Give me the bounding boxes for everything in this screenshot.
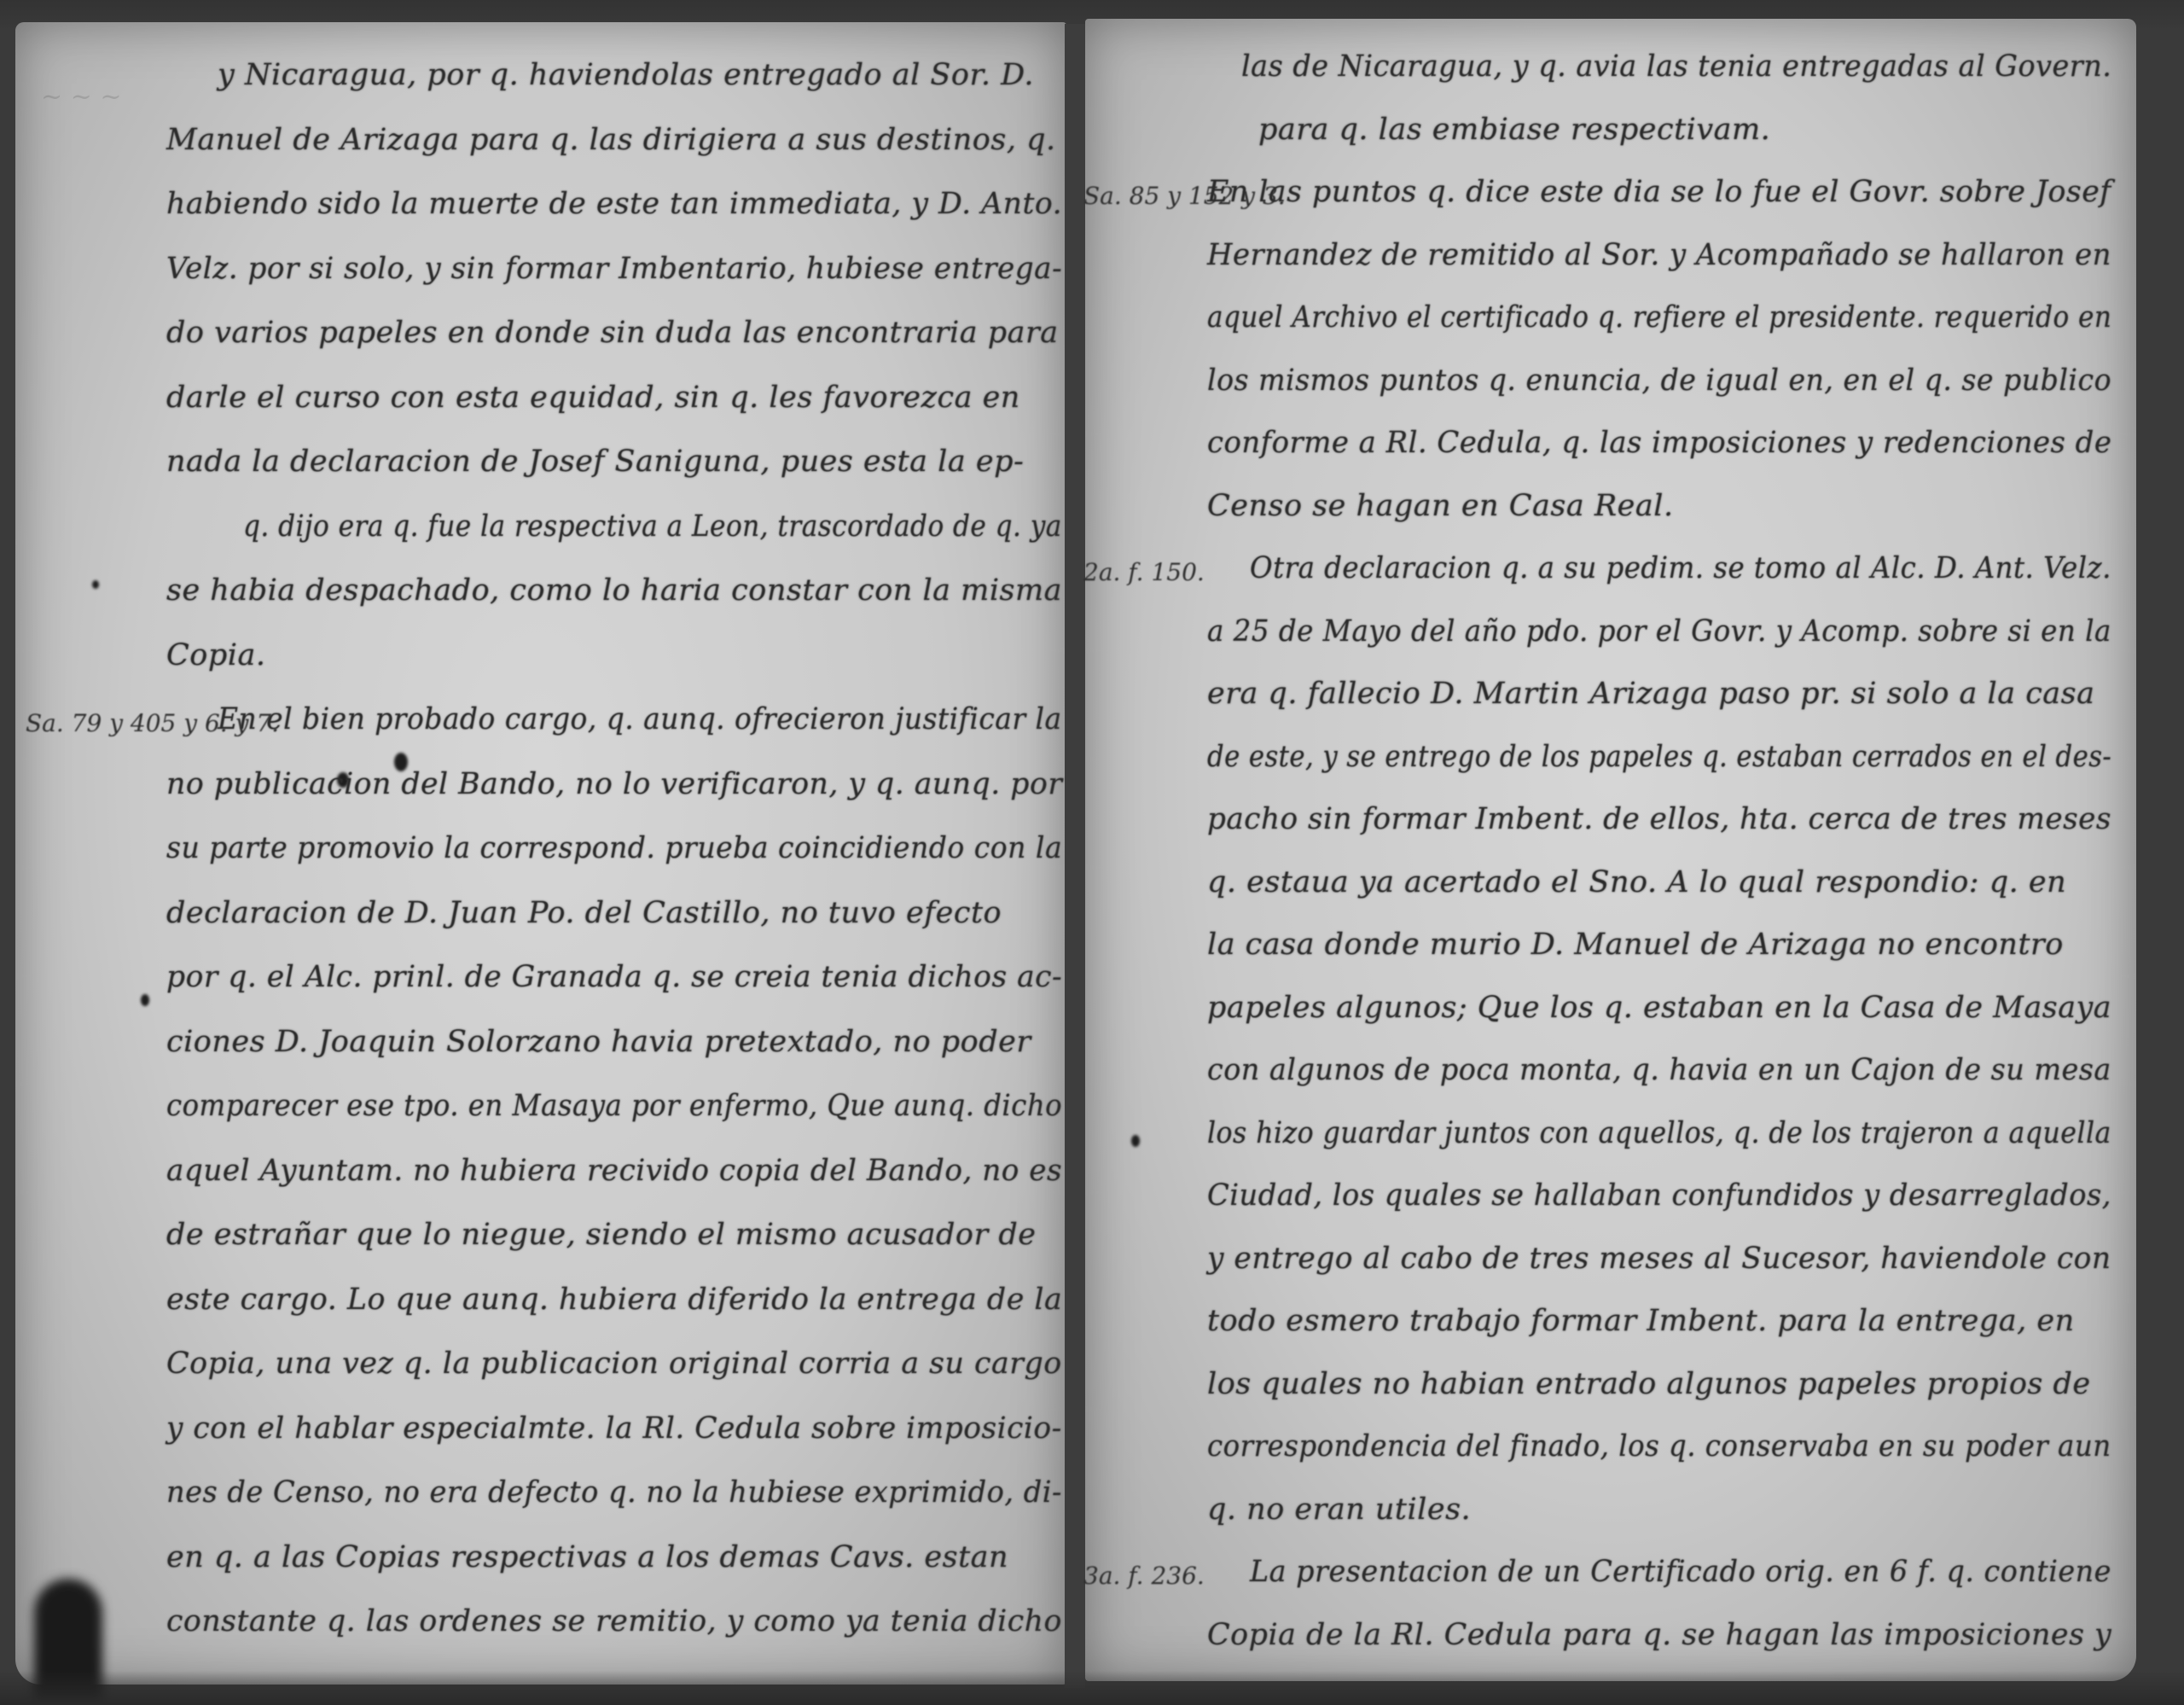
right-page-line: a 25 de Mayo del año pdo. por el Govr. y… (1207, 614, 2048, 649)
right-page-line: aquel Archivo el certificado q. refiere … (1207, 300, 2011, 335)
left-page-line: Copia, una vez q. la publicacion origina… (166, 1347, 1058, 1381)
left-page-line: comparecer ese tpo. en Masaya por enferm… (166, 1089, 995, 1123)
left-page-line: este cargo. Lo que aunq. hubiera diferid… (166, 1283, 1058, 1317)
left-page-line: constante q. las ordenes se remitio, y c… (166, 1604, 1054, 1638)
right-margin-note: 3a. f. 236. (1083, 1562, 1205, 1590)
left-page-line: ciones D. Joaquin Solorzano havia pretex… (166, 1025, 1062, 1059)
left-page-line: declaracion de D. Juan Po. del Castillo,… (166, 896, 1062, 930)
ink-blot (92, 580, 99, 589)
ink-blot (1131, 1135, 1140, 1147)
left-page-line: en q. a las Copias respectivas a los dem… (166, 1540, 1062, 1574)
left-page-line: no publicacion del Bando, no lo verifica… (166, 767, 1054, 801)
right-page-line: las de Nicaragua, y q. avia las tenia en… (1241, 49, 2073, 84)
right-page-line: pacho sin formar Imbent. de ellos, hta. … (1207, 802, 2092, 836)
left-page-line: aquel Ayuntam. no hubiera recivido copia… (166, 1154, 1043, 1188)
left-page-line: por q. el Alc. prinl. de Granada q. se c… (166, 960, 1049, 994)
left-page-line: Manuel de Arizaga para q. las dirigiera … (166, 123, 1062, 157)
left-page-line: y Nicaragua, por q. haviendolas entregad… (218, 58, 1062, 92)
bottom-frame-shadow (0, 1671, 2184, 1705)
right-page-line: todo esmero trabajo formar Imbent. para … (1207, 1304, 2111, 1338)
right-page-line: q. estaua ya acertado el Sno. A lo qual … (1207, 865, 2111, 899)
right-page-line: los hizo guardar juntos con aquellos, q.… (1207, 1116, 2024, 1150)
left-page-line: se habia despachado, como lo haria const… (166, 573, 1062, 608)
ink-blot (141, 994, 149, 1006)
microfilm-scan: ~ ~ ~ y Nicaragua, por q. haviendolas en… (0, 0, 2184, 1705)
right-page-line: En las puntos q. dice este dia se lo fue… (1207, 175, 2106, 209)
right-page-line: conforme a Rl. Cedula, q. las imposicion… (1207, 426, 2082, 460)
right-page-line: q. no eran utiles. (1207, 1493, 2111, 1527)
right-page-line: los quales no habian entrado algunos pap… (1207, 1367, 2111, 1401)
right-page-line: de este, y se entrego de los papeles q. … (1207, 740, 2000, 774)
right-page-line: era q. fallecio D. Martin Arizaga paso p… (1207, 677, 2111, 711)
left-page-line: nes de Censo, no era defecto q. no la hu… (166, 1475, 1027, 1510)
left-page-line: Velz. por si solo, y sin formar Imbentar… (166, 252, 1043, 286)
right-margin-note: 2a. f. 150. (1083, 558, 1205, 586)
bleed-through-text: ~ ~ ~ (41, 82, 121, 112)
right-page-line: Hernandez de remitido al Sor. y Acompaña… (1207, 238, 2081, 272)
right-margin-note: Sa. 85 y 152 y 3. (1083, 182, 1286, 210)
book-gutter (1065, 24, 1085, 1688)
right-page-line: y entrego al cabo de tres meses al Suces… (1207, 1242, 2098, 1276)
left-page-line: do varios papeles en donde sin duda las … (166, 316, 1062, 350)
left-page-line: nada la declaracion de Josef Saniguna, p… (166, 445, 1062, 479)
left-margin-note: Sa. 79 y 405 y 6. y 7. (26, 709, 279, 737)
right-page-line: Ciudad, los quales se hallaban confundid… (1207, 1178, 2078, 1213)
left-page-line: de estrañar que lo niegue, siendo el mis… (166, 1218, 1062, 1252)
left-page-line: su parte promovio la correspond. prueba … (166, 831, 1013, 865)
right-page-line: la casa donde murio D. Manuel de Arizaga… (1207, 928, 2111, 962)
right-page-line: los mismos puntos q. enuncia, de igual e… (1207, 364, 2065, 398)
right-page-line: para q. las embiase respectivam. (1258, 113, 2111, 147)
right-page-line: Copia de la Rl. Cedula para q. se hagan … (1207, 1618, 2108, 1652)
right-page-line: La presentacion de un Certificado orig. … (1250, 1555, 2072, 1589)
left-page-line: habiendo sido la muerte de este tan imme… (166, 187, 1054, 221)
left-page-line: Copia. (166, 638, 1062, 672)
left-page-line: darle el curso con esta equidad, sin q. … (166, 381, 1062, 415)
right-page-line: Censo se hagan en Casa Real. (1207, 489, 2111, 523)
left-page-line: En el bien probado cargo, q. aunq. ofrec… (218, 702, 1013, 736)
left-page-line: y con el hablar especialmte. la Rl. Cedu… (166, 1411, 1047, 1446)
right-page-line: Otra declaracion q. a su pedim. se tomo … (1250, 551, 2049, 585)
right-page-line: papeles algunos; Que los q. estaban en l… (1207, 991, 2110, 1025)
right-page-line: con algunos de poca monta, q. havia en u… (1207, 1053, 2071, 1087)
left-page-line: q. dijo era q. fue la respectiva a Leon,… (243, 509, 973, 544)
right-page-line: correspondencia del finado, los q. conse… (1207, 1429, 2046, 1464)
